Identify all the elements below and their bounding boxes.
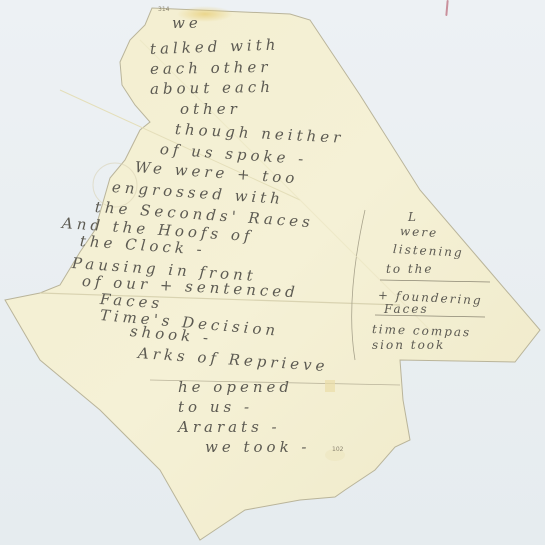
- margin-line: sion took: [372, 338, 445, 352]
- text-line: we: [172, 14, 202, 32]
- margin-line: to the: [386, 262, 434, 276]
- text-line: we took -: [205, 438, 311, 456]
- margin-line: were: [400, 224, 439, 240]
- text-line: each other: [150, 58, 272, 78]
- document-viewer: 314 102 we talked with each other about …: [0, 0, 545, 545]
- page-number-bottom: 102: [332, 446, 343, 453]
- text-line: about each: [150, 78, 274, 98]
- page-number-top: 314: [158, 6, 169, 13]
- text-line: to us -: [178, 398, 253, 416]
- margin-line: Faces: [384, 302, 429, 316]
- text-line: other: [180, 100, 241, 118]
- text-line: Ararats -: [178, 418, 281, 436]
- text-line: he opened: [178, 378, 293, 396]
- margin-line: L: [408, 210, 418, 224]
